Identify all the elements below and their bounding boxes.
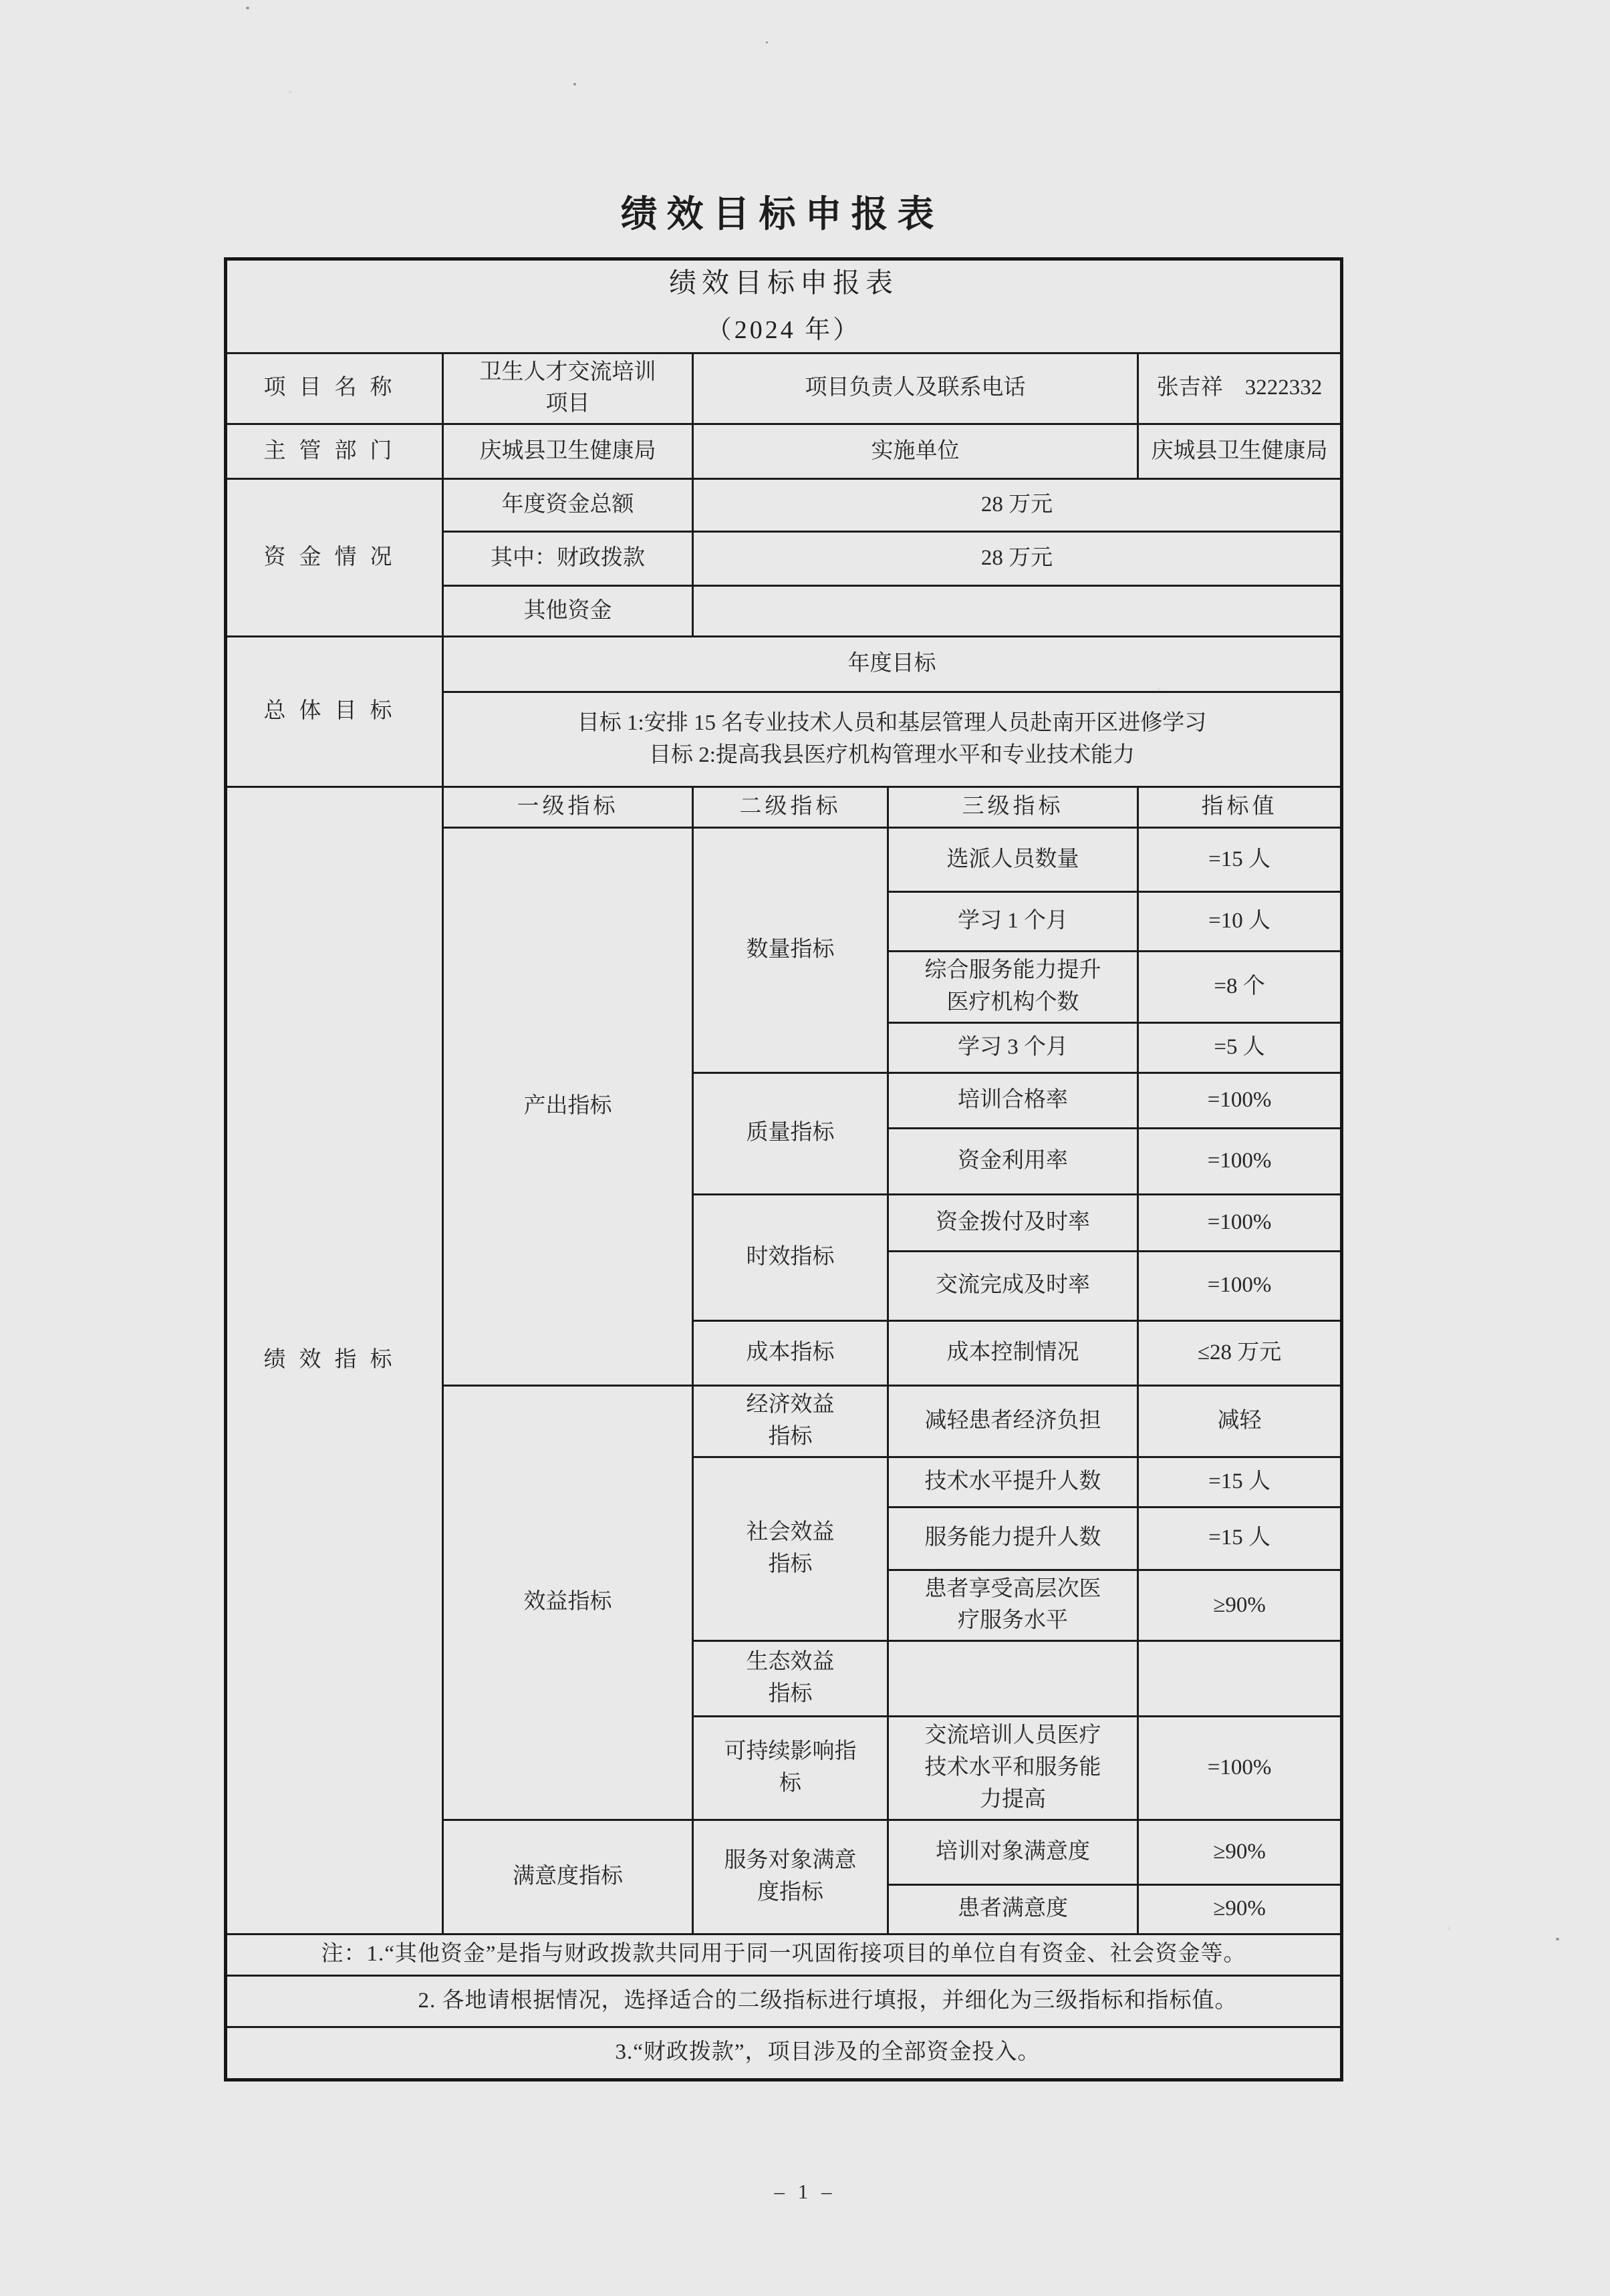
funding-other-label: 其他资金 [443, 586, 693, 637]
scan-speck [766, 41, 768, 43]
col-header-value: 指标值 [1138, 787, 1342, 828]
funding-annual-row: 资金情况 年度资金总额 28 万元 [226, 479, 1342, 532]
funding-other-value [693, 586, 1342, 637]
note-2: 2. 各地请根据情况，选择适合的二级指标进行填报，并细化为三级指标和指标值。 [226, 1975, 1342, 2027]
col-header-level3: 三级指标 [888, 787, 1138, 828]
indicator-value: ≥90% [1138, 1570, 1342, 1641]
indicator-name [888, 1641, 1138, 1717]
leader-label: 项目负责人及联系电话 [693, 353, 1138, 424]
project-name-label: 项目名称 [226, 353, 443, 424]
subgroup-timeliness: 时效指标 [693, 1194, 888, 1320]
indicator-name: 综合服务能力提升 医疗机构个数 [888, 952, 1138, 1023]
table-title: 绩效目标申报表 [234, 263, 1333, 303]
note-1: 注：1.“其他资金”是指与财政拨款共同用于同一巩固衔接项目的单位自有资金、社会资… [226, 1934, 1342, 1975]
indicator-name: 资金利用率 [888, 1128, 1138, 1194]
table-title-row: 绩效目标申报表 （2024 年） [226, 259, 1342, 353]
subgroup-cost: 成本指标 [693, 1320, 888, 1385]
indicator-value: ≥90% [1138, 1820, 1342, 1884]
indicator-value: =15 人 [1138, 1457, 1342, 1507]
indicator-value: =100% [1138, 1128, 1342, 1194]
indicator-value [1138, 1641, 1342, 1717]
indicator-name: 学习 1 个月 [888, 892, 1138, 952]
indicator-name: 患者享受高层次医 疗服务水平 [888, 1570, 1138, 1641]
page-number: – 1 – [0, 2180, 1610, 2204]
subgroup-sustainability: 可持续影响指 标 [693, 1717, 888, 1820]
indicator-value: =8 个 [1138, 952, 1342, 1023]
goals-cell: 目标 1:安排 15 名专业技术人员和基层管理人员赴南开区进修学习 目标 2:提… [443, 692, 1342, 787]
perf-label: 绩效指标 [226, 787, 443, 1934]
note-3: 3.“财政拨款”，项目涉及的全部资金投入。 [226, 2027, 1342, 2079]
group-output: 产出指标 [443, 828, 693, 1386]
subgroup-ecological: 生态效益 指标 [693, 1641, 888, 1717]
goal-line-1: 目标 1:安排 15 名专业技术人员和基层管理人员赴南开区进修学习 [450, 708, 1333, 740]
leader-value: 张吉祥 3222332 [1138, 353, 1342, 424]
indicator-name: 交流培训人员医疗 技术水平和服务能 力提高 [888, 1717, 1138, 1820]
note-row: 2. 各地请根据情况，选择适合的二级指标进行填报，并细化为三级指标和指标值。 [226, 1975, 1342, 2027]
page-title: 绩效目标申报表 [224, 184, 1340, 237]
indicator-value: =5 人 [1138, 1022, 1342, 1072]
department-row: 主管部门 庆城县卫生健康局 实施单位 庆城县卫生健康局 [226, 424, 1342, 479]
indicator-value: 减轻 [1138, 1385, 1342, 1457]
col-header-level1: 一级指标 [443, 787, 693, 828]
table-title-cell: 绩效目标申报表 （2024 年） [226, 259, 1342, 353]
annual-goal-header-row: 总体目标 年度目标 [226, 637, 1342, 692]
indicator-value: =100% [1138, 1251, 1342, 1320]
col-header-level2: 二级指标 [693, 787, 888, 828]
scan-speck [246, 7, 249, 9]
indicator-name: 患者满意度 [888, 1884, 1138, 1934]
note-row: 注：1.“其他资金”是指与财政拨款共同用于同一巩固衔接项目的单位自有资金、社会资… [226, 1934, 1342, 1975]
indicator-name: 学习 3 个月 [888, 1022, 1138, 1072]
indicator-name: 培训对象满意度 [888, 1820, 1138, 1884]
indicator-header-row: 绩效指标 一级指标 二级指标 三级指标 指标值 [226, 787, 1342, 828]
indicator-name: 资金拨付及时率 [888, 1194, 1138, 1251]
funding-fiscal-label: 其中：财政拨款 [443, 532, 693, 586]
indicator-value: ≥90% [1138, 1884, 1342, 1934]
indicator-value: =15 人 [1138, 828, 1342, 892]
dept-value: 庆城县卫生健康局 [443, 424, 693, 479]
impl-unit-label: 实施单位 [693, 424, 1138, 479]
subgroup-quantity: 数量指标 [693, 828, 888, 1073]
scan-speck [573, 83, 576, 86]
funding-fiscal-value: 28 万元 [693, 532, 1342, 586]
impl-unit-value: 庆城县卫生健康局 [1138, 424, 1342, 479]
subgroup-service-satisfaction: 服务对象满意 度指标 [693, 1820, 888, 1934]
funding-label: 资金情况 [226, 479, 443, 637]
scanned-document-page: { "page": { "title": "绩效目标申报表", "footer_… [0, 0, 1610, 2296]
overall-goal-label: 总体目标 [226, 637, 443, 787]
group-satisfaction: 满意度指标 [443, 1820, 693, 1934]
table-title-year: （2024 年） [234, 312, 1333, 349]
indicator-name: 技术水平提升人数 [888, 1457, 1138, 1507]
subgroup-social: 社会效益 指标 [693, 1457, 888, 1641]
indicator-name: 减轻患者经济负担 [888, 1385, 1138, 1457]
indicator-value: =15 人 [1138, 1507, 1342, 1570]
annual-goal-header: 年度目标 [443, 637, 1342, 692]
indicator-value: =100% [1138, 1072, 1342, 1128]
indicator-name: 选派人员数量 [888, 828, 1138, 892]
goal-line-2: 目标 2:提高我县医疗机构管理水平和专业技术能力 [450, 740, 1333, 772]
funding-annual-label: 年度资金总额 [443, 479, 693, 532]
dept-label: 主管部门 [226, 424, 443, 479]
indicator-value: =100% [1138, 1194, 1342, 1251]
project-row: 项目名称 卫生人才交流培训 项目 项目负责人及联系电话 张吉祥 3222332 [226, 353, 1342, 424]
group-benefit: 效益指标 [443, 1385, 693, 1820]
indicator-value: =10 人 [1138, 892, 1342, 952]
funding-annual-value: 28 万元 [693, 479, 1342, 532]
indicator-name: 服务能力提升人数 [888, 1507, 1138, 1570]
subgroup-economic: 经济效益 指标 [693, 1385, 888, 1457]
note-row: 3.“财政拨款”，项目涉及的全部资金投入。 [226, 2027, 1342, 2079]
indicator-value: =100% [1138, 1717, 1342, 1820]
indicator-name: 交流完成及时率 [888, 1251, 1138, 1320]
scan-speck [1556, 1938, 1559, 1941]
indicator-name: 成本控制情况 [888, 1320, 1138, 1385]
declaration-table: 绩效目标申报表 （2024 年） 项目名称 卫生人才交流培训 项目 项目负责人及… [224, 257, 1343, 2082]
subgroup-quality: 质量指标 [693, 1072, 888, 1194]
indicator-value: ≤28 万元 [1138, 1320, 1342, 1385]
indicator-name: 培训合格率 [888, 1072, 1138, 1128]
project-name-value: 卫生人才交流培训 项目 [443, 353, 693, 424]
